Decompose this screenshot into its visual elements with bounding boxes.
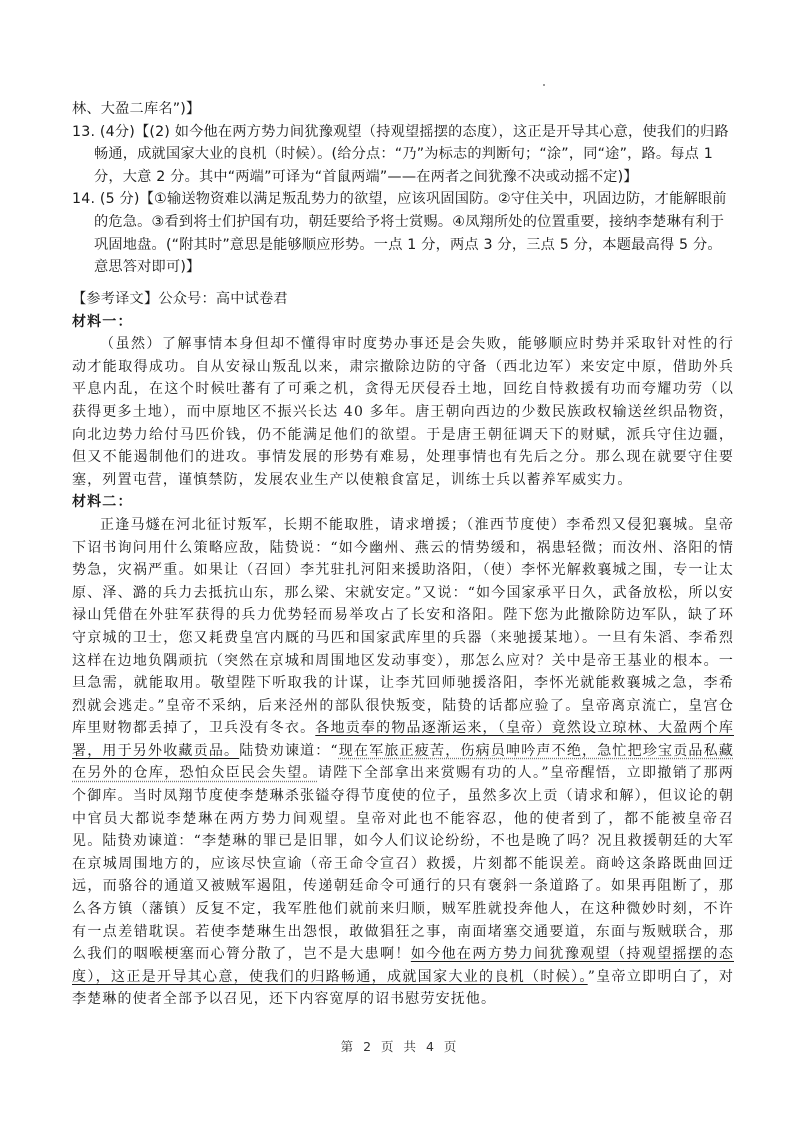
- scan-dot-mark: [543, 84, 545, 86]
- previous-answer-tail: 林、大盈二库名”)】: [72, 98, 732, 121]
- document-page: 林、大盈二库名”)】 13. (4分)【(2) 如今他在两方势力间犹豫观望（持观…: [0, 0, 800, 1131]
- material-2-part-3: 请陛下全部拿出来赏赐有功的人。”皇帝醒悟，立即撤销了那两个御库。当时凤翔节度使李…: [72, 765, 734, 962]
- answer-key-section: 林、大盈二库名”)】 13. (4分)【(2) 如今他在两方势力间犹豫观望（持观…: [72, 98, 732, 279]
- page-number: 第 2 页 共 4 页: [0, 1037, 800, 1055]
- answer-q14: 14. (5 分)【①输送物资难以满足叛乱势力的欲望，应该巩固国防。②守住关中，…: [72, 188, 732, 278]
- translation-header: 【参考译文】公众号：高中试卷君: [72, 288, 734, 311]
- material-2-part-2: 陆贽劝谏道：“: [239, 743, 339, 759]
- answer-q13: 13. (4分)【(2) 如今他在两方势力间犹豫观望（持观望摇摆的态度），这正是…: [72, 121, 732, 189]
- material-2-text: 正逢马燧在河北征讨叛军，长期不能取胜，请求增援；（淮西节度使）李希烈又侵犯襄城。…: [72, 514, 734, 1011]
- material-1-title: 材料一：: [72, 311, 734, 334]
- material-2-part-1: 正逢马燧在河北征讨叛军，长期不能取胜，请求增援；（淮西节度使）李希烈又侵犯襄城。…: [72, 517, 734, 736]
- material-1-text: （虽然）了解事情本身但却不懂得审时度势办事还是会失败，能够顺应时势并采取针对性的…: [72, 333, 734, 491]
- material-2-title: 材料二：: [72, 491, 734, 514]
- reference-translation: 【参考译文】公众号：高中试卷君 材料一： （虽然）了解事情本身但却不懂得审时度势…: [72, 288, 734, 1011]
